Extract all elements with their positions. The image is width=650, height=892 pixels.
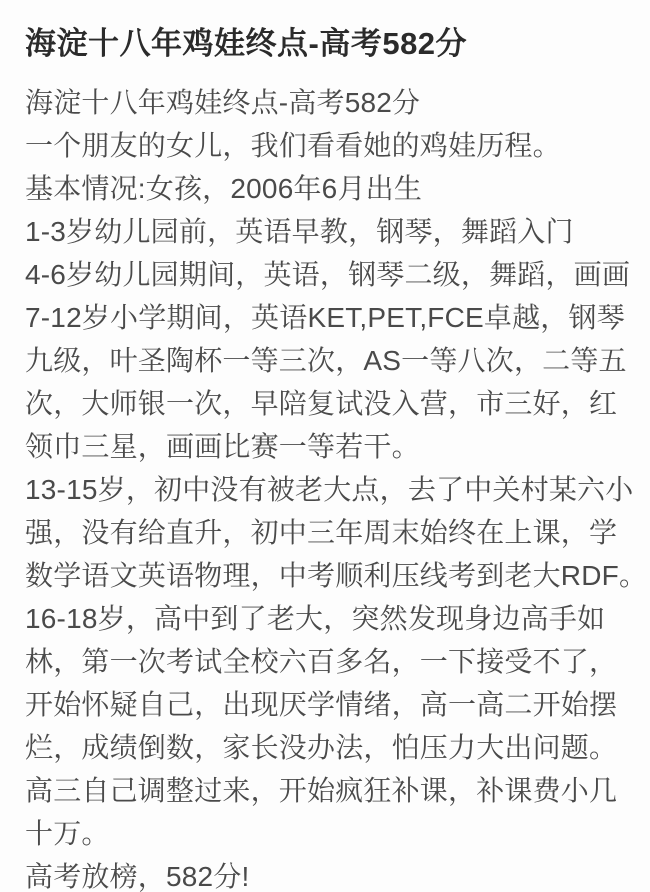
text-line: 九级，叶圣陶杯一等三次，AS一等八次，二等五 (25, 339, 628, 382)
text-line: 海淀十八年鸡娃终点-高考582分 (25, 81, 628, 124)
text-line: 高三自己调整过来，开始疯狂补课，补课费小几 (25, 769, 628, 812)
text-line: 4-6岁幼儿园期间，英语，钢琴二级，舞蹈，画画 (25, 253, 628, 296)
text-line: 16-18岁，高中到了老大，突然发现身边高手如 (25, 597, 628, 640)
text-line: 十万。 (25, 812, 628, 855)
text-line: 强，没有给直升，初中三年周末始终在上课，学 (25, 511, 628, 554)
text-line: 13-15岁，初中没有被老大点，去了中关村某六小 (25, 468, 628, 511)
article-page: 海淀十八年鸡娃终点-高考582分 海淀十八年鸡娃终点-高考582分 一个朋友的女… (0, 0, 650, 892)
text-line: 数学语文英语物理，中考顺利压线考到老大RDF。 (25, 554, 628, 597)
text-line: 开始怀疑自己，出现厌学情绪，高一高二开始摆 (25, 683, 628, 726)
text-line: 烂，成绩倒数，家长没办法，怕压力大出问题。 (25, 726, 628, 769)
page-title: 海淀十八年鸡娃终点-高考582分 (25, 24, 628, 63)
text-line: 基本情况:女孩，2006年6月出生 (25, 167, 628, 210)
text-line: 领巾三星，画画比赛一等若干。 (25, 425, 628, 468)
text-line: 一个朋友的女儿，我们看看她的鸡娃历程。 (25, 124, 628, 167)
text-line: 林，第一次考试全校六百多名，一下接受不了， (25, 640, 628, 683)
text-line: 7-12岁小学期间，英语KET,PET,FCE卓越，钢琴 (25, 296, 628, 339)
text-line: 1-3岁幼儿园前，英语早教，钢琴，舞蹈入门 (25, 210, 628, 253)
text-line: 次，大师银一次，早陪复试没入营，市三好，红 (25, 382, 628, 425)
text-line: 高考放榜，582分! (25, 855, 628, 892)
article-body: 海淀十八年鸡娃终点-高考582分 一个朋友的女儿，我们看看她的鸡娃历程。 基本情… (25, 81, 628, 892)
